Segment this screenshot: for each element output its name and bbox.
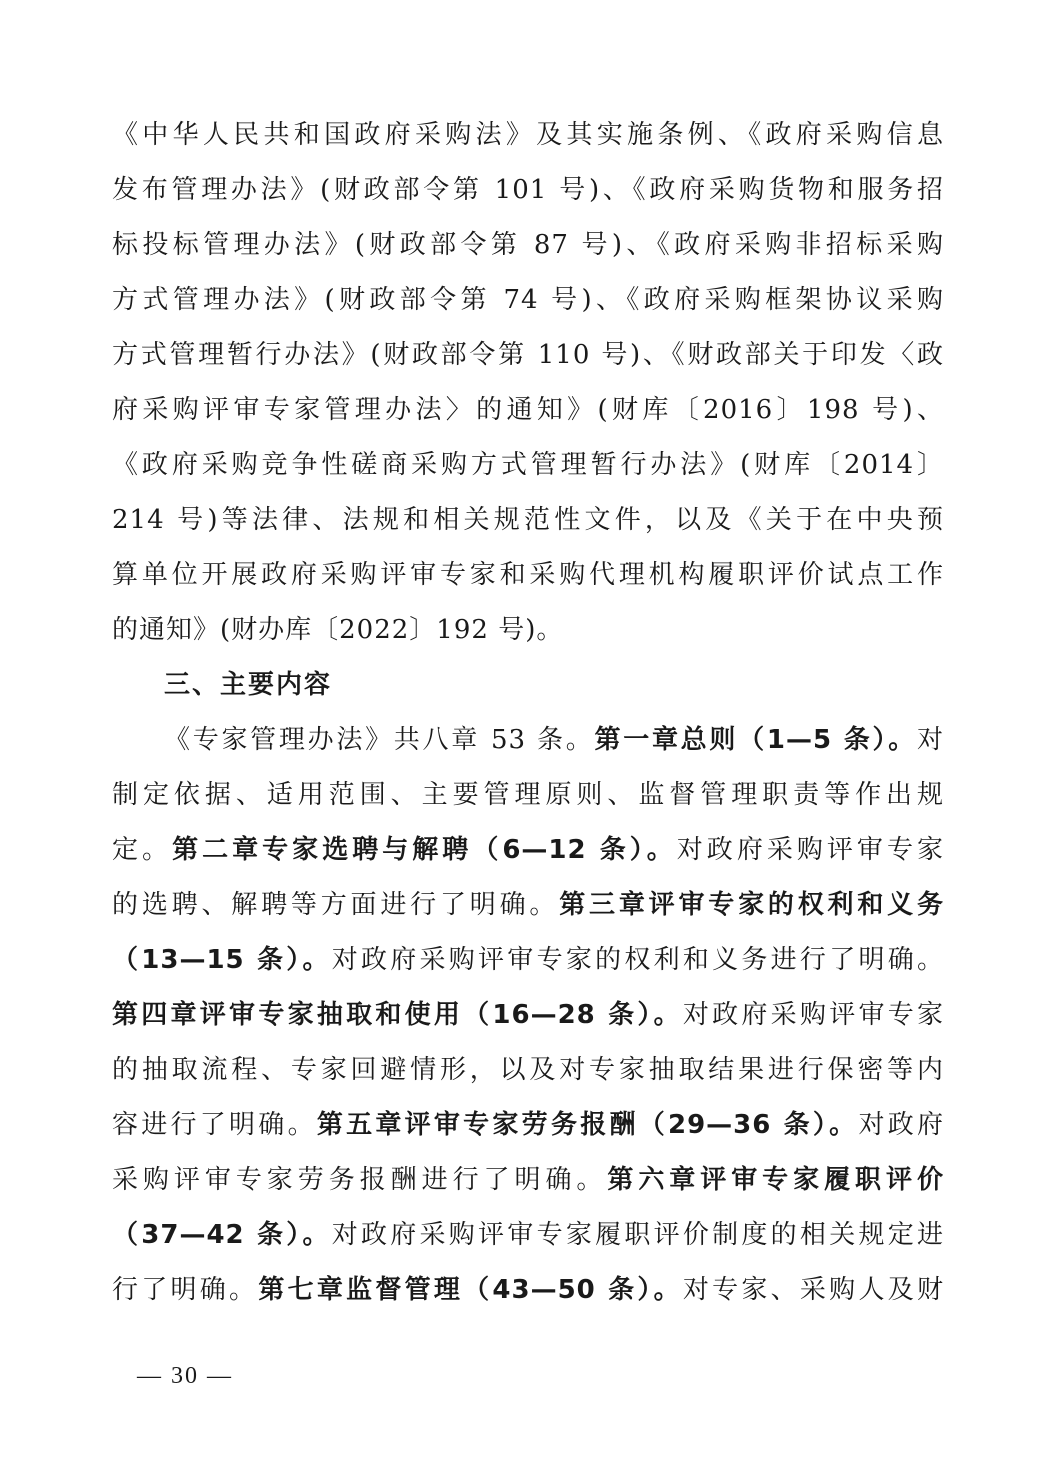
text-line: 《专家管理办法》共八章 53 条。第一章总则（1—5 条）。对 bbox=[164, 720, 944, 760]
text-line: 214 号)等法律、法规和相关规范性文件，以及《关于在中央预 bbox=[112, 500, 944, 540]
text-line: 方式管理办法》(财政部令第 74 号)、《政府采购框架协议采购 bbox=[112, 280, 944, 320]
text-line: 行了明确。第七章监督管理（43—50 条）。对专家、采购人及财 bbox=[112, 1270, 944, 1310]
text-run: 定。 bbox=[112, 835, 172, 865]
page-number: — 30 — bbox=[137, 1358, 233, 1394]
text-line: 第四章评审专家抽取和使用（16—28 条）。对政府采购评审专家 bbox=[112, 995, 944, 1035]
section-heading: 三、主要内容 bbox=[164, 665, 944, 705]
text-run: 对专家、采购人及财 bbox=[683, 1275, 944, 1305]
text-line: 《政府采购竞争性磋商采购方式管理暂行办法》(财库〔2014〕 bbox=[112, 445, 944, 485]
text-line: （37—42 条）。对政府采购评审专家履职评价制度的相关规定进 bbox=[112, 1215, 944, 1255]
chapter-title: 第一章总则（1—5 条）。 bbox=[595, 725, 917, 755]
text-run: 对 bbox=[917, 725, 944, 755]
text-run: 的选聘、解聘等方面进行了明确。 bbox=[112, 890, 559, 920]
chapter-title: 第二章专家选聘与解聘（6—12 条）。 bbox=[172, 835, 677, 865]
text-run: 容进行了明确。 bbox=[112, 1110, 317, 1140]
document-page: 《中华人民共和国政府采购法》及其实施条例、《政府采购信息 发布管理办法》(财政部… bbox=[0, 0, 1042, 1473]
text-run: 采购评审专家劳务报酬进行了明确。 bbox=[112, 1165, 607, 1195]
chapter-title: 第三章评审专家的权利和义务 bbox=[559, 890, 944, 920]
text-line: 采购评审专家劳务报酬进行了明确。第六章评审专家履职评价 bbox=[112, 1160, 944, 1200]
text-line: 的选聘、解聘等方面进行了明确。第三章评审专家的权利和义务 bbox=[112, 885, 944, 925]
chapter-title: （13—15 条）。 bbox=[112, 945, 332, 975]
text-run: 对政府采购评审专家 bbox=[683, 1000, 944, 1030]
text-run: 对政府采购评审专家 bbox=[677, 835, 944, 865]
chapter-title: 第六章评审专家履职评价 bbox=[607, 1165, 944, 1195]
text-line: 标投标管理办法》(财政部令第 87 号)、《政府采购非招标采购 bbox=[112, 225, 944, 265]
text-run: 《专家管理办法》共八章 53 条。 bbox=[164, 725, 595, 755]
text-line: （13—15 条）。对政府采购评审专家的权利和义务进行了明确。 bbox=[112, 940, 944, 980]
text-run: 对政府 bbox=[858, 1110, 944, 1140]
chapter-title: 第四章评审专家抽取和使用（16—28 条）。 bbox=[112, 1000, 683, 1030]
text-line: 府采购评审专家管理办法〉的通知》(财库〔2016〕198 号)、 bbox=[112, 390, 944, 430]
text-run: 对政府采购评审专家的权利和义务进行了明确。 bbox=[332, 945, 944, 975]
text-line: 制定依据、适用范围、主要管理原则、监督管理职责等作出规 bbox=[112, 775, 944, 815]
chapter-title: 第七章监督管理（43—50 条）。 bbox=[258, 1275, 683, 1305]
text-line: 《中华人民共和国政府采购法》及其实施条例、《政府采购信息 bbox=[112, 115, 944, 155]
text-run: 对政府采购评审专家履职评价制度的相关规定进 bbox=[332, 1220, 944, 1250]
text-line: 定。第二章专家选聘与解聘（6—12 条）。对政府采购评审专家 bbox=[112, 830, 944, 870]
text-line: 的通知》(财办库〔2022〕192 号)。 bbox=[112, 610, 944, 650]
text-line: 方式管理暂行办法》(财政部令第 110 号)、《财政部关于印发〈政 bbox=[112, 335, 944, 375]
chapter-title: 第五章评审专家劳务报酬（29—36 条）。 bbox=[317, 1110, 859, 1140]
text-run: 行了明确。 bbox=[112, 1275, 258, 1305]
text-line: 容进行了明确。第五章评审专家劳务报酬（29—36 条）。对政府 bbox=[112, 1105, 944, 1145]
text-line: 的抽取流程、专家回避情形，以及对专家抽取结果进行保密等内 bbox=[112, 1050, 944, 1090]
chapter-title: （37—42 条）。 bbox=[112, 1220, 332, 1250]
text-line: 算单位开展政府采购评审专家和采购代理机构履职评价试点工作 bbox=[112, 555, 944, 595]
text-line: 发布管理办法》(财政部令第 101 号)、《政府采购货物和服务招 bbox=[112, 170, 944, 210]
